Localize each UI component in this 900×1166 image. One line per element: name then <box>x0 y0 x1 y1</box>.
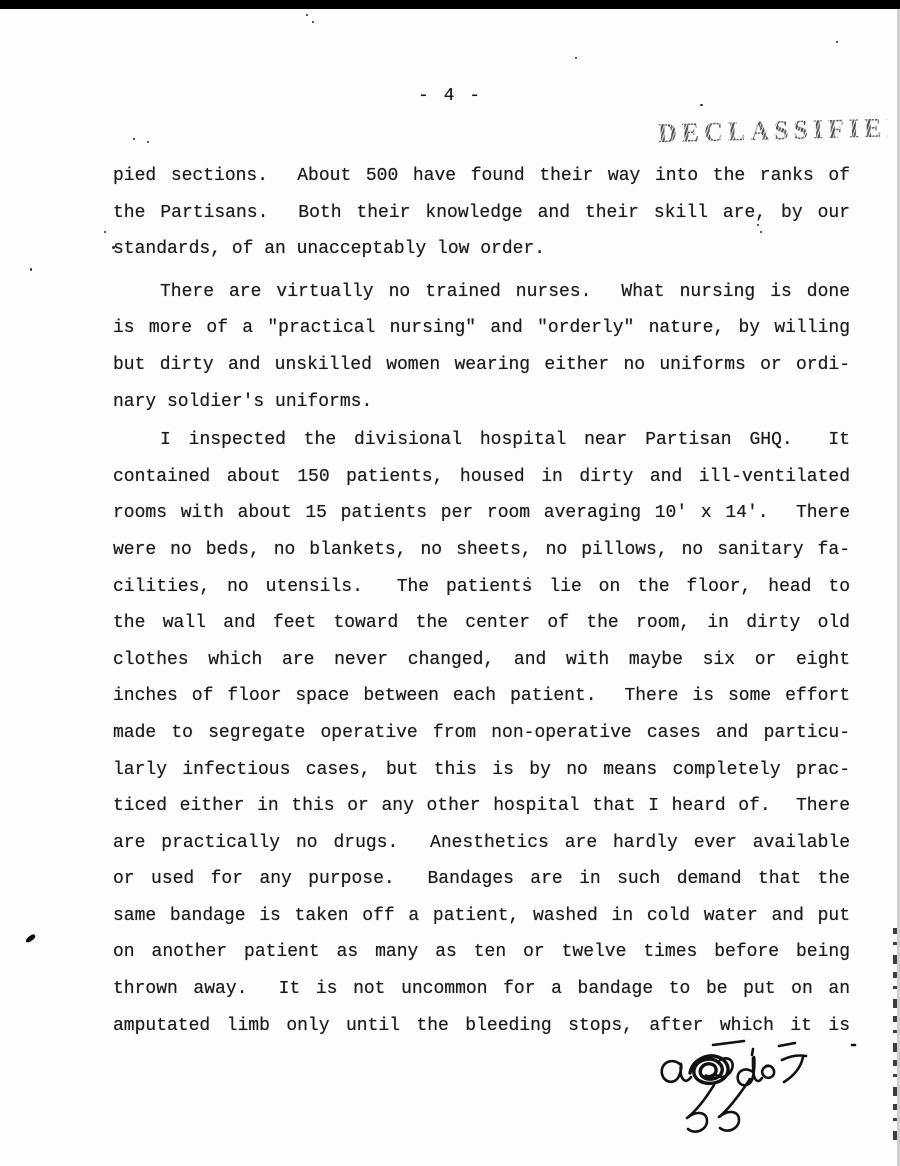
text-line: pied sections. About 500 have found thei… <box>113 158 850 195</box>
text-line: inches of floor space between each patie… <box>113 678 850 715</box>
paragraph: There are virtually no trained nurses. W… <box>113 274 850 420</box>
scan-speck <box>306 14 308 16</box>
document-body: pied sections. About 500 have found thei… <box>113 158 850 1044</box>
scan-speck <box>104 231 106 233</box>
text-line: contained about 150 patients, housed in … <box>113 459 850 496</box>
scan-edge-dash-marks <box>893 928 897 1143</box>
pen-mark <box>25 933 37 943</box>
text-line: There are virtually no trained nurses. W… <box>113 274 850 311</box>
text-line: larly infectious cases, but this is by n… <box>113 752 850 789</box>
text-line: the wall and feet toward the center of t… <box>113 605 850 642</box>
handwritten-55-first <box>687 1085 714 1132</box>
declassified-stamp: DECLASSIFIED <box>658 112 889 149</box>
scanned-page: - 4 - DECLASSIFIED pied sections. About … <box>0 0 900 1166</box>
paragraph: pied sections. About 500 have found thei… <box>113 158 850 268</box>
text-line: on another patient as many as ten or twe… <box>113 934 850 971</box>
text-line: standards, of an unacceptably low order. <box>113 231 850 268</box>
scan-speck <box>842 509 844 511</box>
text-line: clothes which are never changed, and wit… <box>113 642 850 679</box>
scan-edge-top-bar <box>0 0 900 9</box>
paragraph: I inspected the divisional hospital near… <box>113 422 850 1044</box>
text-line: same bandage is taken off a patient, was… <box>113 898 850 935</box>
scan-speck <box>527 577 529 579</box>
text-line: is more of a "practical nursing" and "or… <box>113 310 850 347</box>
text-line: the Partisans. Both their knowledge and … <box>113 195 850 232</box>
scan-speck <box>112 246 115 249</box>
handwritten-digit-5 <box>782 1056 806 1083</box>
handwritten-55-second <box>719 1079 750 1131</box>
scan-speck <box>836 41 838 43</box>
page-number: - 4 - <box>0 86 900 106</box>
scan-speck <box>312 21 314 23</box>
text-line: rooms with about 15 patients per room av… <box>113 495 850 532</box>
text-line: thrown away. It is not uncommon for a ba… <box>113 971 850 1008</box>
handwritten-letter-o <box>762 1066 774 1078</box>
text-line: but dirty and unskilled women wearing ei… <box>113 347 850 384</box>
handwritten-annotation <box>620 1033 860 1145</box>
scan-speck <box>575 57 577 59</box>
text-line: or used for any purpose. Bandages are in… <box>113 861 850 898</box>
text-line: cilities, no utensils. The patients lie … <box>113 569 850 606</box>
scan-speck <box>133 138 135 140</box>
overline-stroke-2 <box>779 1043 795 1046</box>
scan-speck <box>147 141 149 143</box>
scan-speck <box>760 231 762 233</box>
overline-stroke-1 <box>713 1041 744 1045</box>
handwritten-letter-a <box>662 1061 691 1082</box>
text-line: made to segregate operative from non-ope… <box>113 715 850 752</box>
scan-speck <box>757 224 759 226</box>
text-line: were no beds, no blankets, no sheets, no… <box>113 532 850 569</box>
text-line: are practically no drugs. Anesthetics ar… <box>113 825 850 862</box>
text-line: nary soldier's uniforms. <box>113 384 850 421</box>
text-line: ticed either in this or any other hospit… <box>113 788 850 825</box>
scan-speck <box>700 104 703 106</box>
text-line: I inspected the divisional hospital near… <box>113 422 850 459</box>
scan-speck <box>30 268 32 271</box>
